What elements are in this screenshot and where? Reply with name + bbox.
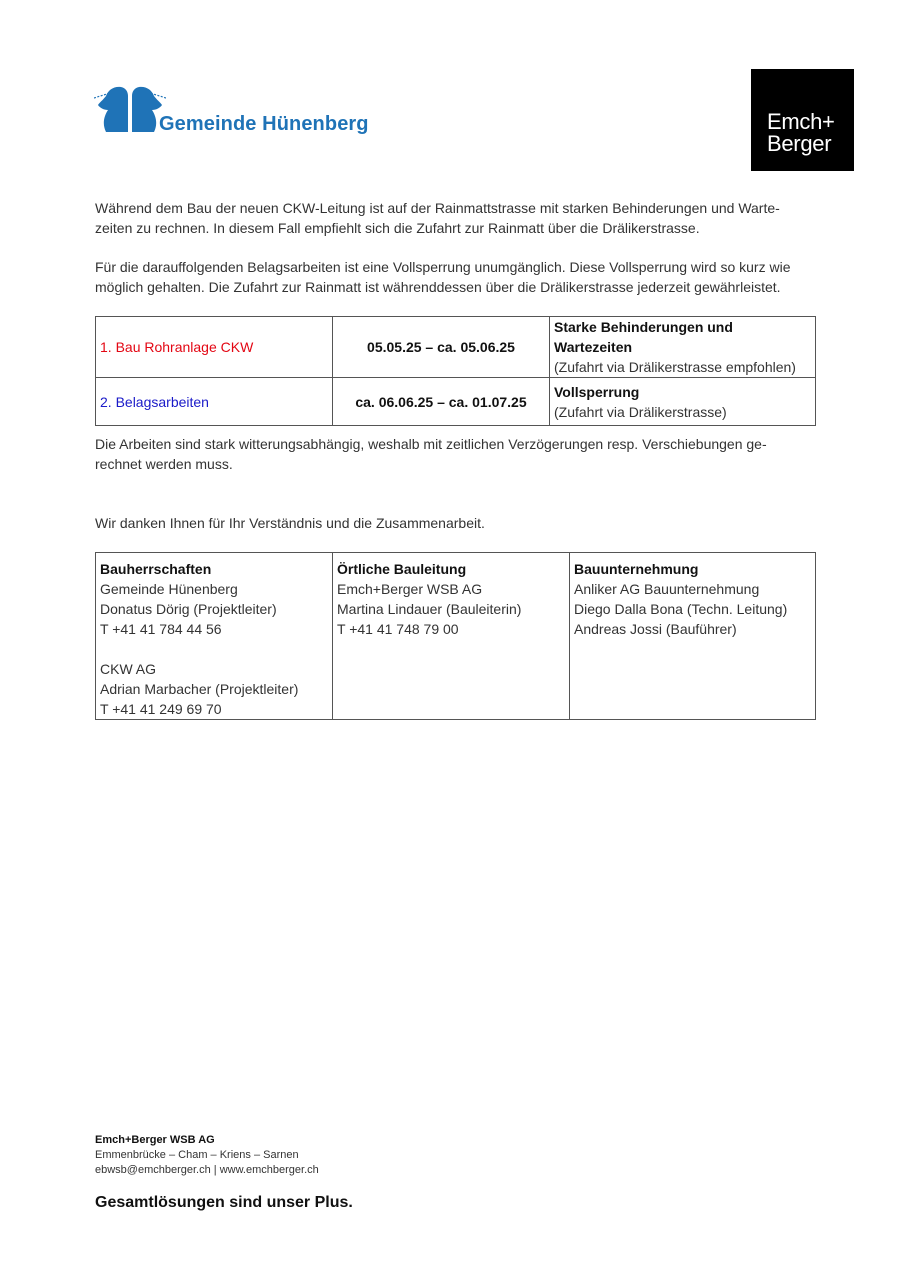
contact-line: Adrian Marbacher (Projektleiter) <box>100 679 328 699</box>
weather-notice: Die Arbeiten sind stark witterungsabhäng… <box>95 434 815 474</box>
municipality-name: Gemeinde Hünenberg <box>159 113 369 136</box>
dates-cell: ca. 06.06.25 – ca. 01.07.25 <box>333 378 550 426</box>
impact-cell: Starke Behinderungen und Wartezeiten (Zu… <box>550 317 816 378</box>
thanks-line: Wir danken Ihnen für Ihr Verständnis und… <box>95 513 815 533</box>
site-management-heading: Örtliche Bauleitung <box>337 559 565 579</box>
municipality-logo: Gemeinde Hünenberg <box>94 84 384 138</box>
footer-company: Emch+Berger WSB AG <box>95 1133 319 1148</box>
contact-line: Emch+Berger WSB AG <box>337 579 565 599</box>
footer-slogan: Gesamtlösungen sind unser Plus. <box>95 1194 353 1212</box>
intro-paragraph-2: Für die darauffolgenden Belagsarbeiten i… <box>95 257 815 297</box>
unicorn-heads-icon <box>94 84 166 134</box>
table-row: 1. Bau Rohranlage CKW 05.05.25 – ca. 05.… <box>96 317 816 378</box>
contacts-table: Bauherrschaften Gemeinde Hünenberg Donat… <box>95 552 816 720</box>
dates-cell: 05.05.25 – ca. 05.06.25 <box>333 317 550 378</box>
contact-line: Donatus Dörig (Projektleiter) <box>100 599 328 619</box>
company-logo-line1: Emch+ <box>767 111 835 133</box>
owners-cell: Bauherrschaften Gemeinde Hünenberg Donat… <box>96 553 333 720</box>
contact-line: CKW AG <box>100 659 328 679</box>
contact-line: Anliker AG Bauunternehmung <box>574 579 811 599</box>
footer-contact: ebwsb@emchberger.ch | www.emchberger.ch <box>95 1163 319 1178</box>
phase-cell: 1. Bau Rohranlage CKW <box>96 317 333 378</box>
phase-cell: 2. Belagsarbeiten <box>96 378 333 426</box>
contractor-heading: Bauunternehmung <box>574 559 811 579</box>
impact-label: Starke Behinderungen und Wartezeiten <box>554 317 811 357</box>
contact-line: Gemeinde Hünenberg <box>100 579 328 599</box>
thanks-text: Wir danken Ihnen für Ihr Verständnis und… <box>95 513 815 533</box>
site-management-cell: Örtliche Bauleitung Emch+Berger WSB AG M… <box>333 553 570 720</box>
impact-label: Vollsperrung <box>554 382 811 402</box>
intro-p1-line1: Während dem Bau der neuen CKW-Leitung is… <box>95 198 815 218</box>
intro-paragraph-1: Während dem Bau der neuen CKW-Leitung is… <box>95 198 815 238</box>
contact-line: Martina Lindauer (Bauleiterin) <box>337 599 565 619</box>
company-logo: Emch+ Berger <box>751 69 854 171</box>
intro-p2-line2: möglich gehalten. Die Zufahrt zur Rainma… <box>95 277 815 297</box>
table-row: Bauherrschaften Gemeinde Hünenberg Donat… <box>96 553 816 720</box>
contractor-cell: Bauunternehmung Anliker AG Bauunternehmu… <box>570 553 816 720</box>
contact-line: Diego Dalla Bona (Techn. Leitung) <box>574 599 811 619</box>
notice-line2: rechnet werden muss. <box>95 454 815 474</box>
contact-phone: T +41 41 784 44 56 <box>100 619 328 639</box>
company-logo-line2: Berger <box>767 133 831 155</box>
intro-p2-line1: Für die darauffolgenden Belagsarbeiten i… <box>95 257 815 277</box>
schedule-table: 1. Bau Rohranlage CKW 05.05.25 – ca. 05.… <box>95 316 816 426</box>
footer: Emch+Berger WSB AG Emmenbrücke – Cham – … <box>95 1133 319 1178</box>
impact-cell: Vollsperrung (Zufahrt via Drälikerstrass… <box>550 378 816 426</box>
table-row: 2. Belagsarbeiten ca. 06.06.25 – ca. 01.… <box>96 378 816 426</box>
intro-p1-line2: zeiten zu rechnen. In diesem Fall empfie… <box>95 218 815 238</box>
notice-line1: Die Arbeiten sind stark witterungsabhäng… <box>95 434 815 454</box>
contact-phone: T +41 41 748 79 00 <box>337 619 565 639</box>
contact-phone: T +41 41 249 69 70 <box>100 699 328 719</box>
impact-note: (Zufahrt via Drälikerstrasse) <box>554 402 811 422</box>
owners-heading: Bauherrschaften <box>100 559 328 579</box>
contact-line: Andreas Jossi (Bauführer) <box>574 619 811 639</box>
footer-locations: Emmenbrücke – Cham – Kriens – Sarnen <box>95 1148 319 1163</box>
impact-note: (Zufahrt via Drälikerstrasse empfohlen) <box>554 357 811 377</box>
